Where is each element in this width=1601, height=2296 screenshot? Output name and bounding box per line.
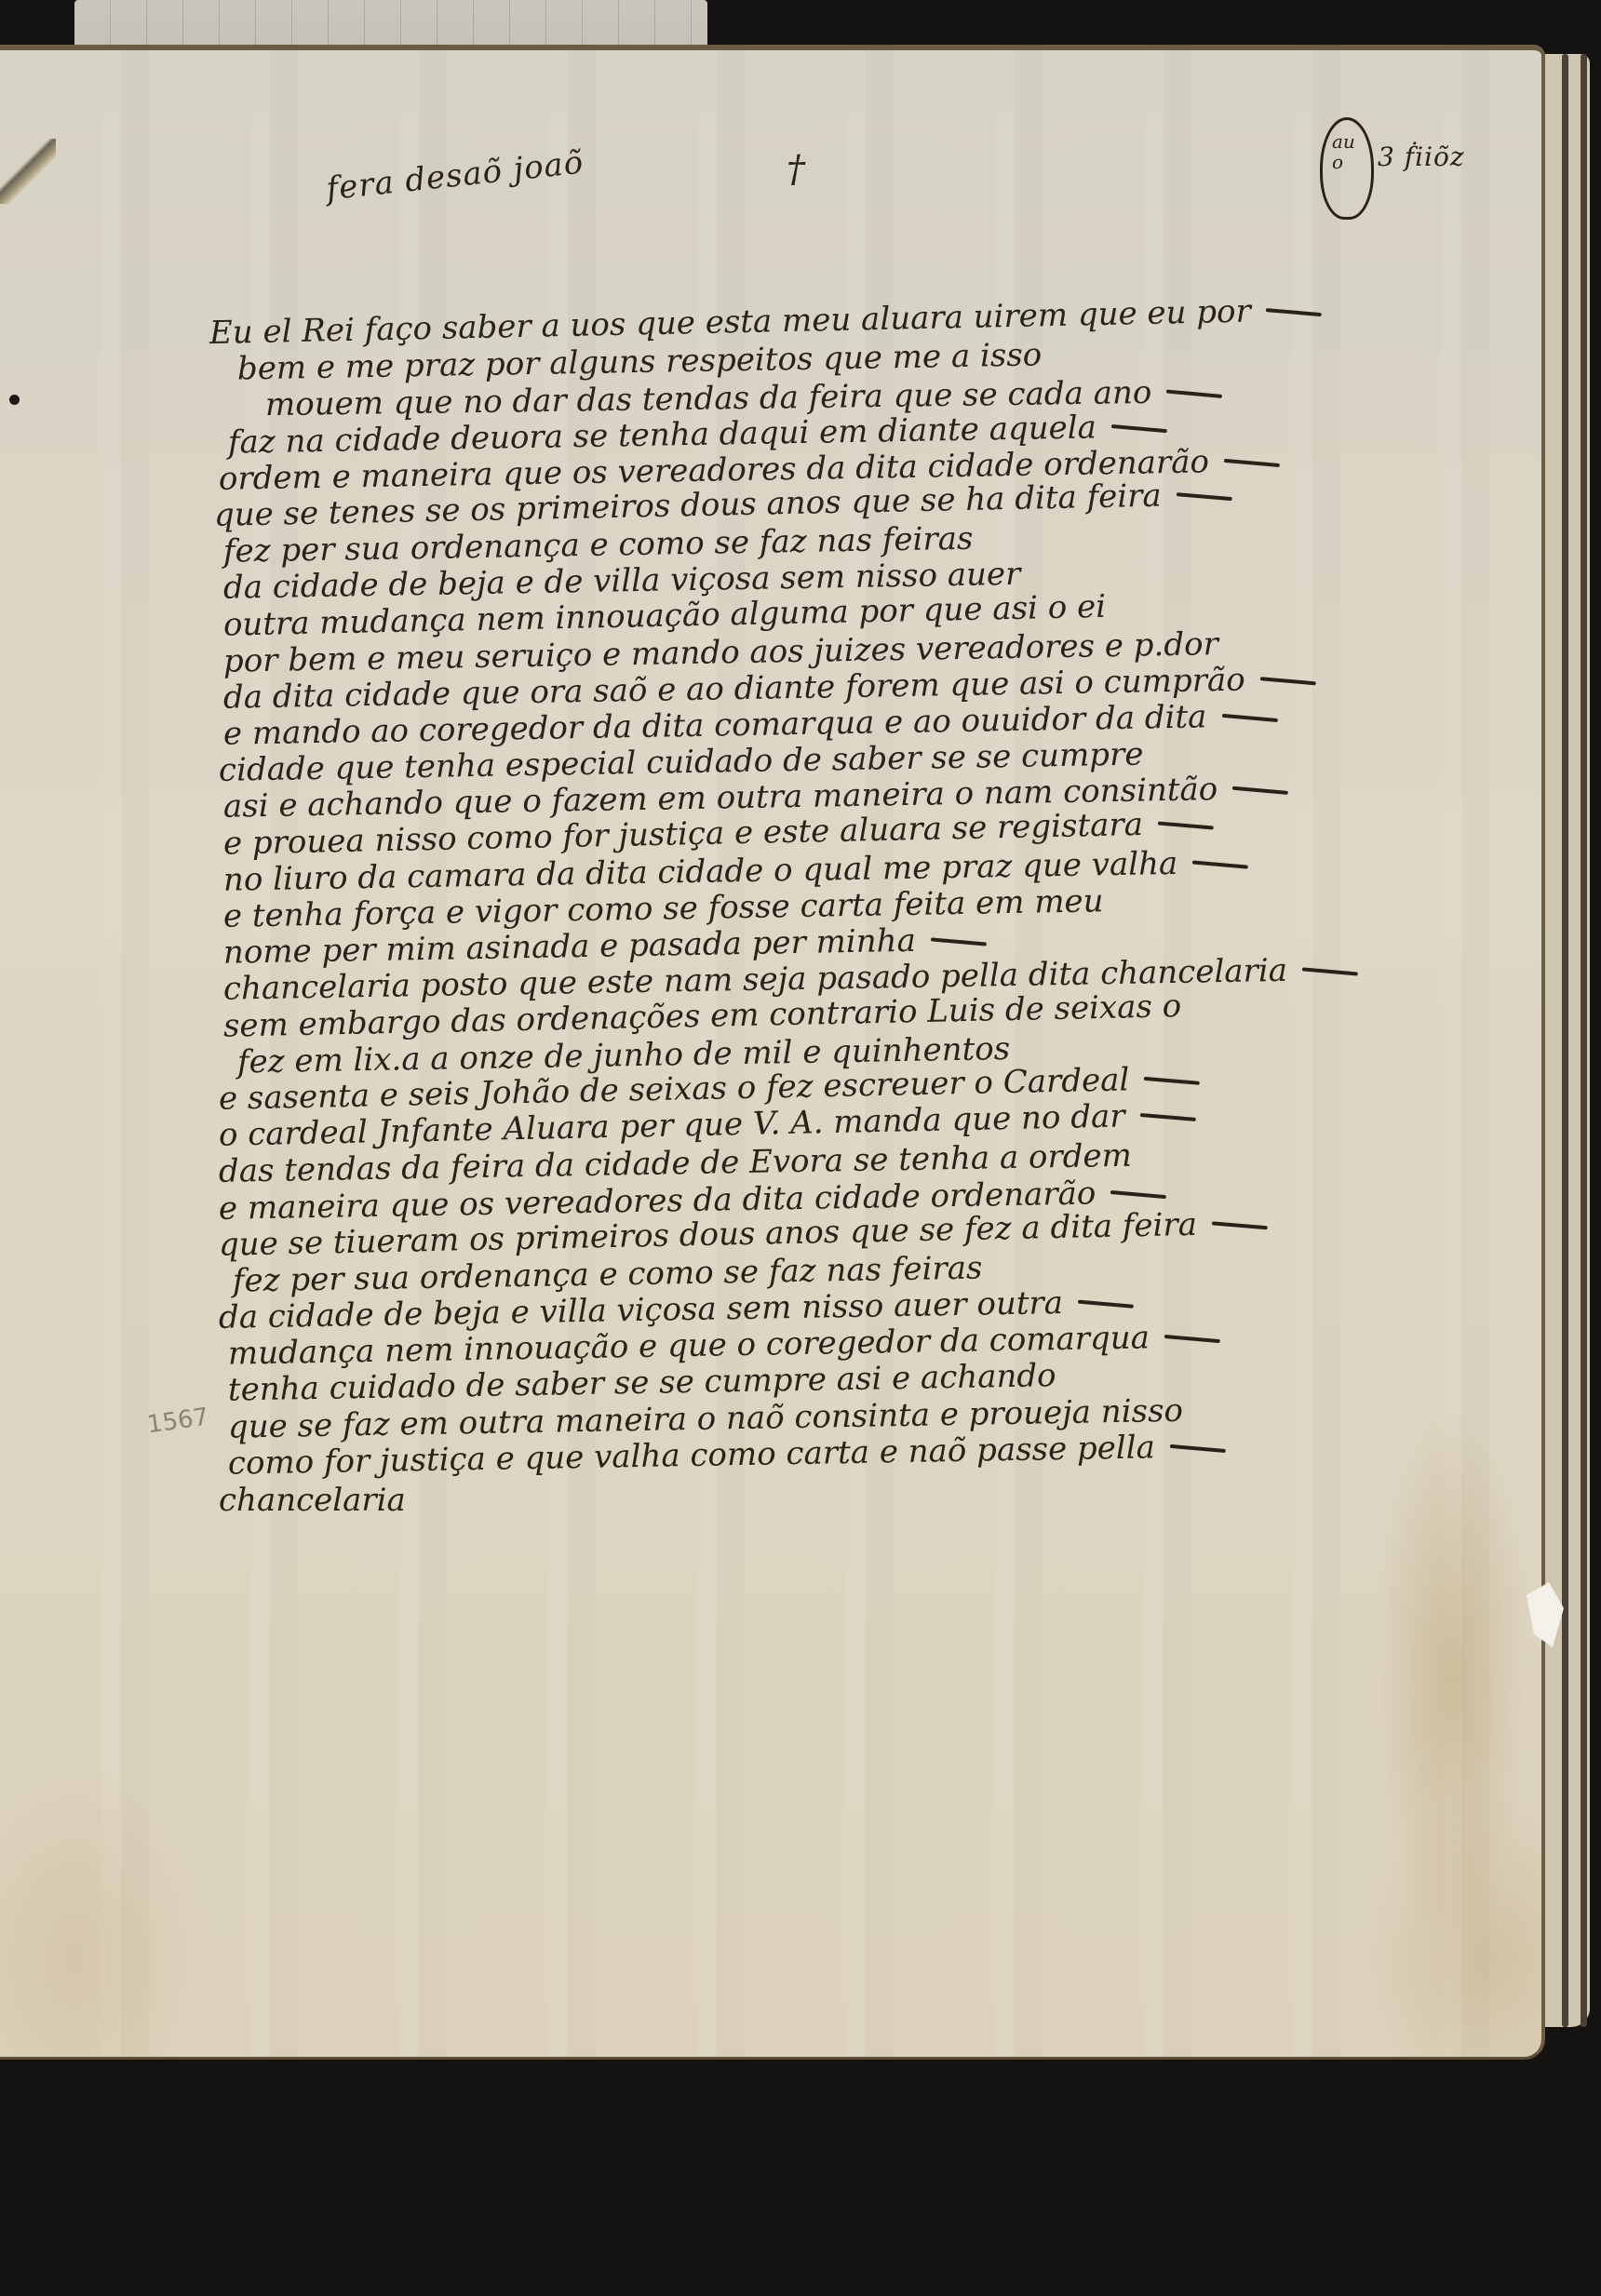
folio-number: 3 ḟiiõz bbox=[1378, 141, 1465, 172]
torn-corner bbox=[0, 139, 56, 204]
line-end-flourish bbox=[1158, 821, 1214, 829]
line-end-flourish bbox=[931, 938, 987, 947]
line-end-flourish bbox=[1192, 860, 1248, 868]
line-end-flourish bbox=[1232, 786, 1288, 795]
pencil-year-annotation: 1567 bbox=[145, 1403, 210, 1440]
line-end-flourish bbox=[1212, 1221, 1268, 1229]
line-end-flourish bbox=[1266, 308, 1322, 316]
line-end-flourish bbox=[1164, 1335, 1220, 1343]
line-end-flourish bbox=[1139, 1113, 1195, 1121]
line-end-flourish bbox=[1144, 1077, 1200, 1085]
manuscript-body: Eu el Rei faço saber a uos que esta meu … bbox=[209, 316, 1447, 1519]
page-edge-line bbox=[1562, 54, 1568, 2027]
line-end-flourish bbox=[1111, 424, 1167, 433]
folio-mark-loop: au o bbox=[1320, 117, 1374, 220]
line-end-flourish bbox=[1170, 1444, 1226, 1453]
line-end-flourish bbox=[1177, 492, 1232, 501]
header-note: fera desaõ joaõ bbox=[325, 144, 585, 208]
line-end-flourish bbox=[1166, 390, 1222, 398]
line-end-flourish bbox=[1221, 714, 1277, 722]
margin-ink-dot bbox=[9, 395, 20, 405]
line-end-flourish bbox=[1302, 968, 1358, 976]
header-cross-mark: † bbox=[787, 148, 806, 191]
manuscript-page: fera desaõ joaõ † au o 3 ḟiiõz 1567 Eu e… bbox=[0, 45, 1545, 2060]
line-end-flourish bbox=[1260, 677, 1316, 685]
text-line: chancelaria bbox=[209, 1483, 1447, 1519]
line-end-flourish bbox=[1110, 1189, 1166, 1198]
folio-mark-text: au o bbox=[1332, 131, 1355, 172]
line-end-flourish bbox=[1078, 1300, 1134, 1309]
line-end-flourish bbox=[1224, 459, 1280, 467]
line-text: chancelaria bbox=[219, 1482, 406, 1519]
page-edge-line bbox=[1581, 54, 1587, 2027]
